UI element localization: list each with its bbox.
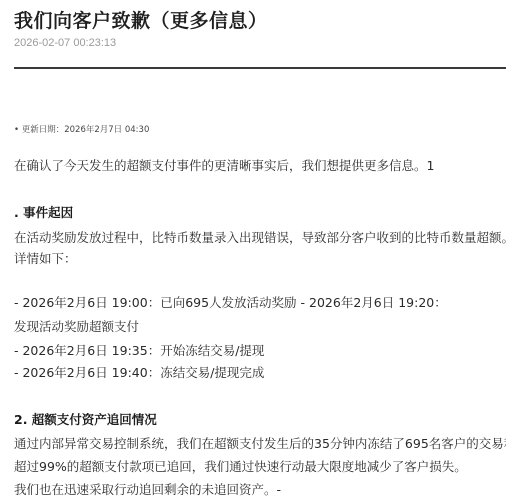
page-title: 我们向客户致歉（更多信息） (14, 6, 268, 33)
divider (14, 67, 506, 69)
publish-date: 2026-02-07 00:23:13 (14, 37, 116, 49)
section-heading-cause: . 事件起因 (14, 205, 73, 221)
timeline-item: - 2026年2月6日 19:35：开始冻结交易/提现 (14, 343, 264, 359)
timeline-item: - 2026年2月6日 19:00：已向695人发放活动奖励 - 2026年2月… (14, 295, 447, 311)
section-paragraph: 通过内部异常交易控制系统，我们在超额支付发生后的35分钟内冻结了695名客户的交… (14, 436, 506, 452)
section-paragraph: 详情如下： (14, 251, 77, 267)
section-paragraph: 在活动奖励发放过程中，比特币数量录入出现错误，导致部分客户收到的比特币数量超额。 (14, 230, 506, 246)
timeline-item: 发现活动奖励超额支付 (14, 319, 139, 335)
timeline-item: - 2026年2月6日 19:40：冻结交易/提现完成 (14, 365, 264, 381)
section-paragraph: 超过99%的超额支付款项已追回，我们通过快速行动最大限度地减少了客户损失。 (14, 459, 467, 475)
section-paragraph: 我们也在迅速采取行动追回剩余的未追回资产。- (14, 482, 281, 498)
section-heading-recovery: 2. 超额支付资产追回情况 (14, 412, 157, 428)
intro-paragraph: 在确认了今天发生的超额支付事件的更清晰事实后，我们想提供更多信息。1 (14, 158, 434, 174)
update-note: • 更新日期：2026年2月7日 04:30 (14, 122, 149, 138)
